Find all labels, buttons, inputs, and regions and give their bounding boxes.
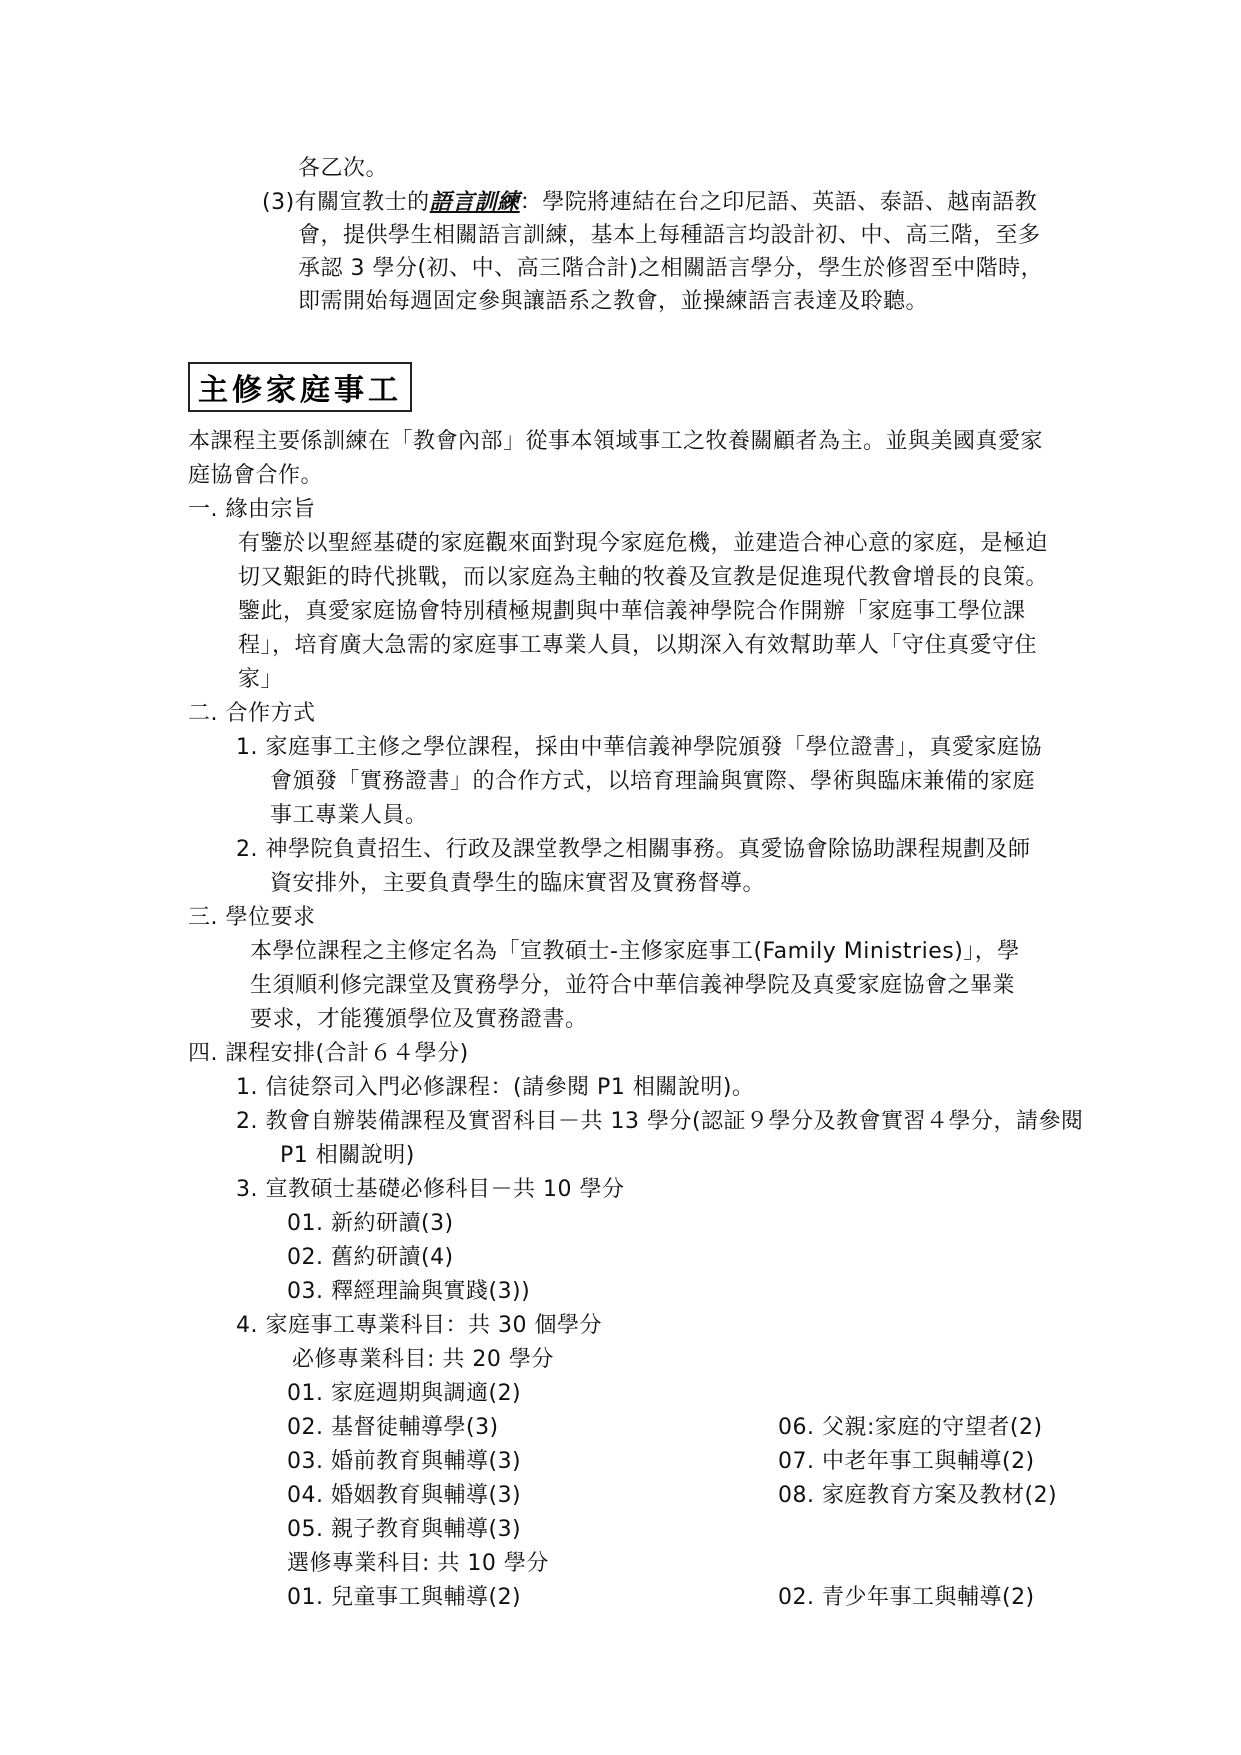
required-heading: 必修專業科目: 共 20 學分 (292, 1346, 554, 1374)
part1-line: 鑒此，真愛家庭協會特別積極規劃與中華信義神學院合作開辦「家庭事工學位課 (238, 598, 1026, 626)
course-item: 02. 舊約研讀(4) (287, 1244, 454, 1272)
part2-item2-line: 2. 神學院負責招生、行政及課堂教學之相關事務。真愛協會除協助課程規劃及師 (236, 836, 1031, 864)
part2-item1-line: 會頒發「實務證書」的合作方式，以培育理論與實際、學術與臨床兼備的家庭 (270, 768, 1035, 796)
part1-line: 程」，培育廣大急需的家庭事工專業人員，以期深入有效幫助華人「守住真愛守住 (238, 632, 1037, 660)
part1-heading: 一. 緣由宗旨 (188, 496, 316, 524)
language-training-item: (3)有關宣教士的語言訓練：學院將連結在台之印尼語、英語、泰語、越南語教 (262, 189, 1037, 217)
course-item: 08. 家庭教育方案及教材(2) (778, 1482, 1057, 1510)
intro-line: 本課程主要係訓練在「教會內部」從事本領域事工之牧養關顧者為主。並與美國真愛家 (188, 428, 1043, 456)
part2-heading: 二. 合作方式 (188, 700, 316, 728)
part4-item3-heading: 3. 宣教碩士基礎必修科目－共 10 學分 (236, 1176, 624, 1204)
paragraph-line: 會，提供學生相關語言訓練，基本上每種語言均設計初、中、高三階，至多 (298, 222, 1041, 250)
continuation-line: 各乙次。 (298, 155, 388, 183)
course-item: 04. 婚姻教育與輔導(3) (287, 1482, 521, 1510)
part1-line: 有鑒於以聖經基礎的家庭觀來面對現今家庭危機，並建造合神心意的家庭，是極迫 (238, 530, 1048, 558)
document-page: 各乙次。 (3)有關宣教士的語言訓練：學院將連結在台之印尼語、英語、泰語、越南語… (0, 0, 1241, 1755)
part4-item1: 1. 信徒祭司入門必修課程：(請參閱 P1 相關說明)。 (236, 1074, 754, 1102)
part4-heading: 四. 課程安排(合計６４學分) (188, 1040, 469, 1068)
part4-item2-line: P1 相關說明) (280, 1142, 415, 1170)
part3-line: 本學位課程之主修定名為「宣教碩士-主修家庭事工(Family Ministrie… (250, 938, 1020, 966)
course-item: 03. 釋經理論與實踐(3)) (287, 1278, 530, 1306)
part2-item2-line: 資安排外，主要負責學生的臨床實習及實務督導。 (270, 870, 765, 898)
item-prefix: (3)有關宣教士的 (262, 190, 430, 215)
part1-line: 切又艱鉅的時代挑戰，而以家庭為主軸的牧養及宣教是促進現代教會增長的良策。 (238, 564, 1048, 592)
intro-line: 庭協會合作。 (188, 462, 323, 490)
item-text: ：學院將連結在台之印尼語、英語、泰語、越南語教 (520, 190, 1038, 215)
course-item: 07. 中老年事工與輔導(2) (778, 1448, 1035, 1476)
part2-item1-line: 事工專業人員。 (270, 802, 428, 830)
course-item: 01. 家庭週期與調適(2) (287, 1380, 521, 1408)
part3-line: 生須順利修完課堂及實務學分，並符合中華信義神學院及真愛家庭協會之畢業 (250, 972, 1015, 1000)
course-item: 02. 基督徒輔導學(3) (287, 1414, 499, 1442)
part3-line: 要求，才能獲頒學位及實務證書。 (250, 1006, 588, 1034)
part2-item1-line: 1. 家庭事工主修之學位課程，採由中華信義神學院頒發「學位證書」，真愛家庭協 (236, 734, 1042, 762)
course-item: 02. 青少年事工與輔導(2) (778, 1584, 1035, 1612)
part3-heading: 三. 學位要求 (188, 904, 316, 932)
course-item: 06. 父親:家庭的守望者(2) (778, 1414, 1043, 1442)
part1-line: 家」 (238, 666, 283, 694)
elective-heading: 選修專業科目: 共 10 學分 (287, 1550, 549, 1578)
course-item: 01. 新約研讀(3) (287, 1210, 454, 1238)
course-item: 01. 兒童事工與輔導(2) (287, 1584, 521, 1612)
part4-item4-heading: 4. 家庭事工專業科目：共 30 個學分 (236, 1312, 602, 1340)
part4-item2-line: 2. 教會自辦裝備課程及實習科目－共 13 學分(認証９學分及教會實習４學分，請… (236, 1108, 1084, 1136)
section-title-box: 主修家庭事工 (188, 362, 412, 412)
paragraph-line: 即需開始每週固定參與讓語系之教會，並操練語言表達及聆聽。 (298, 288, 928, 316)
course-item: 03. 婚前教育與輔導(3) (287, 1448, 521, 1476)
language-training-emphasis: 語言訓練 (430, 190, 520, 215)
paragraph-line: 承認 3 學分(初、中、高三階合計)之相關語言學分，學生於修習至中階時， (298, 255, 1043, 283)
section-title: 主修家庭事工 (198, 365, 402, 409)
course-item: 05. 親子教育與輔導(3) (287, 1516, 521, 1544)
